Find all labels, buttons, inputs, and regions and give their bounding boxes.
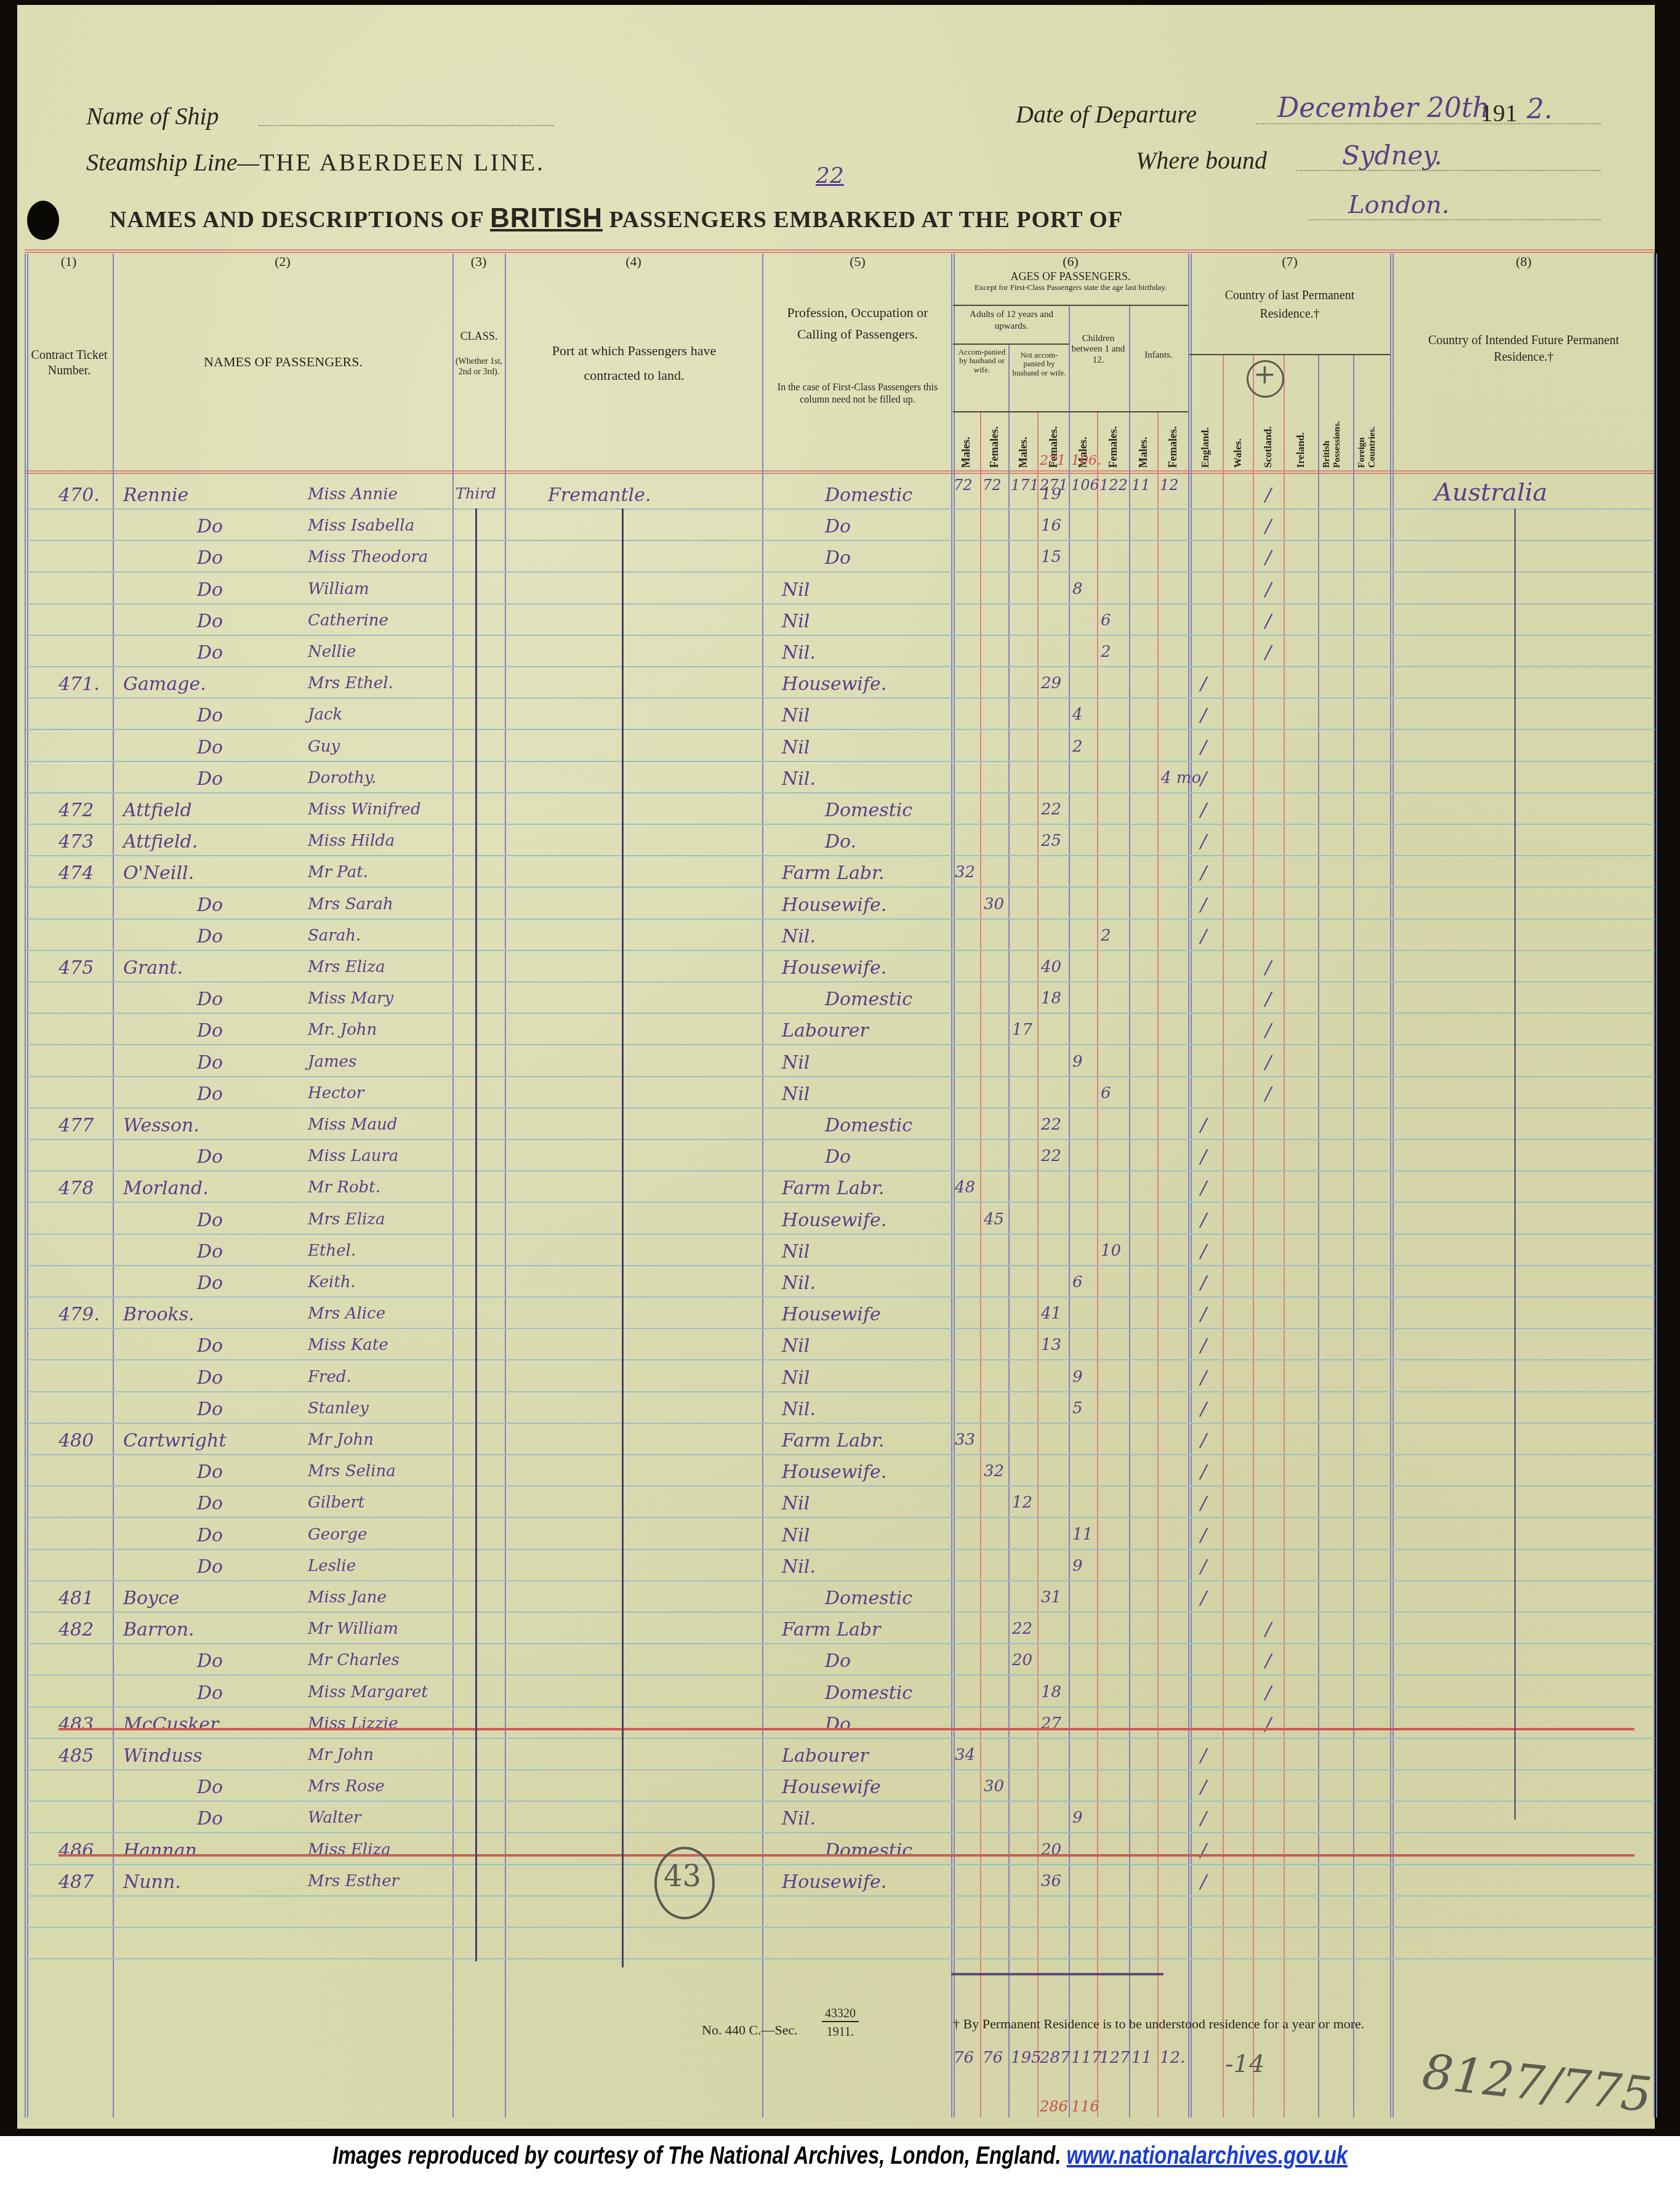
col7-header: Country of last Permanent Residence.† — [1200, 286, 1379, 323]
occupation: Nil. — [782, 928, 816, 946]
col3-header: CLASS. — [454, 329, 504, 343]
ticket-number: 473 — [58, 833, 94, 851]
carried-total: 171 — [1011, 478, 1039, 492]
row-rule — [26, 666, 1655, 667]
carried-total: 106 — [1071, 478, 1099, 492]
occupation: Domestic — [825, 486, 912, 505]
given-name: Mrs Eliza — [308, 959, 385, 975]
surname: Do — [197, 1495, 223, 1513]
surname: Do — [197, 1527, 223, 1545]
col1-number: (1) — [25, 254, 113, 270]
not-accompanied-header: Not accom-panied by husband or wife. — [1011, 351, 1067, 377]
age: 32 — [984, 1463, 1004, 1479]
future-residence: Australia — [1434, 480, 1548, 505]
col7-number: (7) — [1189, 254, 1390, 270]
given-name: Mrs Eliza — [308, 1211, 385, 1227]
age: 18 — [1041, 1684, 1061, 1700]
ticket-number: 481 — [58, 1589, 94, 1608]
port-of-landing: Fremantle. — [548, 486, 651, 505]
residence-mark: / — [1265, 644, 1271, 662]
row-rule — [26, 1895, 1655, 1897]
row-rule — [26, 1423, 1655, 1424]
occupation: Nil — [782, 1054, 810, 1072]
manifest-title: NAMES AND DESCRIPTIONS OF BRITISH PASSEN… — [110, 203, 1123, 234]
age: 9 — [1072, 1369, 1083, 1385]
carried-total: 12 — [1160, 478, 1179, 492]
final-total: 195 — [1011, 2050, 1042, 2066]
column-rule — [1129, 305, 1130, 2118]
residence-mark: / — [1265, 1022, 1271, 1040]
col5-subheader: In the case of First-Class Passengers th… — [768, 382, 947, 406]
final-total: 11 — [1131, 2050, 1152, 2066]
occupation: Domestic — [825, 1589, 912, 1608]
given-name: Fred. — [308, 1369, 352, 1385]
occupation: Nil — [782, 1369, 810, 1388]
given-name: Miss Annie — [308, 486, 398, 502]
surname: Do — [197, 1684, 223, 1703]
row-rule — [26, 635, 1655, 636]
occupation: Domestic — [825, 1684, 912, 1703]
row-rule — [26, 1927, 1655, 1928]
ship-name-field — [259, 125, 554, 126]
residence-header: England. — [1199, 394, 1212, 468]
surname: Do — [197, 644, 223, 662]
page-count: 43 — [664, 1859, 701, 1894]
occupation: Nil. — [782, 1810, 816, 1828]
age: 11 — [1072, 1527, 1093, 1543]
given-name: Miss Isabella — [308, 518, 414, 534]
row-rule — [26, 1643, 1655, 1644]
surname: Cartwright — [123, 1432, 226, 1450]
class-ditto-line — [475, 508, 477, 1961]
surname: Rennie — [123, 486, 188, 505]
surname: Do — [197, 1054, 223, 1072]
final-total-red: 116 — [1071, 2099, 1099, 2114]
occupation: Nil — [782, 1243, 810, 1261]
departure-year-printed: 191 — [1481, 98, 1517, 127]
given-name: Keith. — [308, 1274, 356, 1290]
age: 16 — [1041, 518, 1061, 534]
occupation: Farm Labr. — [782, 1432, 885, 1450]
occupation: Do — [825, 518, 851, 536]
carried-total: 122 — [1099, 478, 1128, 492]
given-name: Miss Mary — [308, 990, 393, 1006]
surname: Do — [197, 1369, 223, 1388]
ticket-number: 485 — [58, 1747, 94, 1765]
surname: Do — [197, 1778, 223, 1797]
occupation: Nil — [782, 1527, 810, 1545]
row-rule — [26, 1612, 1655, 1613]
row-rule — [26, 603, 1655, 604]
row-rule — [26, 886, 1655, 888]
final-total: 287 — [1040, 2050, 1071, 2066]
row-rule — [26, 1832, 1655, 1833]
residence-mark: / — [1200, 675, 1207, 694]
surname: Do — [197, 612, 223, 631]
age: 25 — [1041, 833, 1061, 849]
surname: Do — [197, 1243, 223, 1261]
col6-subheader: Except for First-Class Passengers state … — [960, 283, 1181, 292]
given-name: William — [308, 581, 369, 597]
age: 12 — [1012, 1495, 1032, 1511]
residence-mark: / — [1200, 896, 1207, 915]
port-ditto-line — [622, 508, 624, 1967]
col4-number: (4) — [505, 254, 762, 270]
final-total: 76 — [983, 2050, 1003, 2066]
row-rule — [26, 1202, 1655, 1203]
age: 2 — [1072, 739, 1083, 755]
row-rule — [26, 1139, 1655, 1140]
surname: Do — [197, 1337, 223, 1356]
carried-total-red: 106. — [1071, 454, 1101, 468]
col2-number: (2) — [113, 254, 452, 270]
row-rule — [26, 950, 1655, 951]
strike-through — [58, 1728, 1634, 1730]
col8-header: Country of Intended Future Permanent Res… — [1416, 332, 1631, 366]
final-total: 117 — [1071, 2050, 1102, 2066]
given-name: Dorothy. — [308, 770, 376, 786]
final-total: 76 — [954, 2050, 974, 2066]
column-rule — [1223, 354, 1224, 2118]
age: 22 — [1041, 1148, 1061, 1164]
residence-mark: / — [1265, 1085, 1271, 1104]
surname: Do — [197, 1652, 223, 1671]
surname: Grant. — [123, 959, 183, 978]
surname: Brooks. — [123, 1306, 195, 1324]
given-name: Hector — [308, 1085, 364, 1101]
age-sex-header: Females. — [1167, 417, 1180, 468]
ticket-number: 470. — [58, 486, 100, 505]
residence-mark: / — [1200, 1589, 1207, 1608]
age: 6 — [1101, 1085, 1111, 1101]
row-rule — [26, 1706, 1655, 1708]
col5-number: (5) — [762, 254, 953, 270]
ticket-number: 471. — [58, 675, 100, 694]
ages-total-rule — [951, 1973, 1164, 1975]
surname: Gamage. — [123, 675, 206, 694]
occupation: Domestic — [825, 1117, 912, 1135]
given-name: Mr Pat. — [308, 864, 368, 880]
surname: Morland. — [123, 1179, 209, 1198]
occupation: Domestic — [825, 801, 912, 820]
surname: Do — [197, 549, 223, 568]
row-rule — [26, 1076, 1655, 1077]
class: Third — [456, 486, 496, 501]
surname: O'Neill. — [123, 864, 194, 883]
age: 6 — [1072, 1274, 1083, 1290]
given-name: Sarah. — [308, 928, 361, 944]
header-top-rule — [25, 249, 1655, 253]
surname: Do — [197, 1148, 223, 1167]
row-rule — [26, 981, 1655, 982]
given-name: James — [308, 1054, 356, 1070]
residence-mark: / — [1200, 833, 1207, 851]
given-name: Mrs Sarah — [308, 896, 393, 912]
residence-mark: / — [1265, 959, 1271, 978]
occupation: Domestic — [825, 1842, 912, 1860]
surname: Do — [197, 1558, 223, 1576]
residence-mark: / — [1200, 770, 1207, 789]
row-rule — [26, 1580, 1655, 1581]
residence-mark: / — [1200, 1117, 1207, 1135]
residence-mark: / — [1200, 1810, 1207, 1828]
age: 48 — [955, 1179, 975, 1195]
column-rule — [113, 254, 114, 2118]
ticket-number: 475 — [58, 959, 94, 978]
row-rule — [26, 855, 1655, 856]
archives-link[interactable]: www.nationalarchives.gov.uk — [1067, 2142, 1348, 2169]
residence-mark: / — [1200, 1337, 1207, 1356]
row-rule — [26, 1769, 1655, 1770]
col3-number: (3) — [452, 254, 505, 270]
surname: Do — [197, 928, 223, 946]
given-name: Walter — [308, 1810, 361, 1826]
row-rule — [26, 1958, 1655, 1959]
ages-sex-rule — [953, 411, 1188, 412]
residence-mark: / — [1200, 1463, 1207, 1482]
residence-mark: / — [1200, 1495, 1207, 1513]
column-rule — [1284, 354, 1285, 2118]
residence-mark: / — [1265, 549, 1271, 568]
row-rule — [26, 571, 1655, 572]
occupation: Nil — [782, 707, 810, 725]
row-rule — [26, 1265, 1655, 1266]
age: 6 — [1101, 612, 1111, 629]
column-rule — [1390, 254, 1394, 2118]
surname: Do — [197, 1400, 223, 1419]
age-sex-header: Males. — [1017, 417, 1030, 468]
age: 22 — [1041, 801, 1061, 817]
age: 31 — [1041, 1589, 1061, 1605]
age: 34 — [955, 1747, 975, 1763]
given-name: Mrs Selina — [308, 1463, 396, 1479]
minus-mark: -14 — [1225, 2050, 1264, 2078]
residence-mark: / — [1265, 486, 1271, 505]
surname: Do — [197, 896, 223, 915]
column-rule — [762, 254, 763, 2118]
adults-header: Adults of 12 years and upwards. — [954, 309, 1069, 332]
departure-value: December 20th — [1277, 92, 1490, 124]
age: 20 — [1012, 1652, 1032, 1668]
column-rule — [1353, 354, 1354, 2118]
ticket-number: 474 — [58, 864, 94, 883]
given-name: Mrs Alice — [308, 1306, 385, 1322]
ticket-number: 480 — [58, 1432, 94, 1450]
row-rule — [26, 1107, 1655, 1109]
age: 40 — [1041, 959, 1061, 975]
surname: Attfield. — [123, 833, 198, 851]
carried-total-red: 271 — [1040, 454, 1066, 468]
occupation: Housewife — [782, 1306, 881, 1324]
surname: Do — [197, 770, 223, 789]
credit-line: Images reproduced by courtesy of The Nat… — [151, 2142, 1529, 2170]
circled-mark-symbol: + — [1253, 359, 1276, 390]
given-name: Mrs Rose — [308, 1778, 385, 1794]
occupation: Nil. — [782, 1274, 816, 1293]
age: 2 — [1101, 928, 1111, 944]
surname: Nunn. — [123, 1873, 181, 1892]
column-rule — [1253, 354, 1254, 2118]
occupation: Nil — [782, 1085, 810, 1104]
occupation: Do — [825, 1652, 851, 1671]
given-name: Miss Margaret — [308, 1684, 428, 1700]
given-name: George — [308, 1527, 367, 1543]
surname: Do — [197, 707, 223, 725]
age-sex-header: Females. — [988, 417, 1001, 468]
row-rule — [26, 1044, 1655, 1045]
col5-header: Profession, Occupation or Calling of Pas… — [768, 302, 947, 345]
occupation: Domestic — [825, 990, 912, 1009]
age: 19 — [1041, 486, 1061, 502]
where-bound-value: Sydney. — [1342, 140, 1442, 171]
col6-number: (6) — [953, 254, 1188, 270]
surname: Do — [197, 1274, 223, 1293]
row-rule — [26, 1234, 1655, 1235]
age: 5 — [1072, 1400, 1083, 1416]
residence-header: Scotland. — [1262, 394, 1274, 468]
carried-total: 72 — [983, 478, 1002, 492]
occupation: Labourer — [782, 1022, 869, 1040]
row-rule — [26, 1801, 1655, 1802]
residence-header: British Possessions. — [1322, 394, 1346, 468]
given-name: Miss Winifred — [308, 801, 421, 817]
given-name: Miss Kate — [308, 1337, 388, 1353]
row-rule — [26, 761, 1655, 762]
age: 2 — [1101, 644, 1111, 660]
given-name: Mrs Esther — [308, 1873, 399, 1889]
given-name: Miss Theodora — [308, 549, 428, 565]
occupation: Do — [825, 549, 851, 568]
occupation: Nil — [782, 612, 810, 631]
residence-mark: / — [1200, 1432, 1207, 1450]
given-name: Mr Robt. — [308, 1179, 380, 1195]
given-name: Miss Hilda — [308, 833, 395, 849]
occupation: Do — [825, 1716, 851, 1734]
age: 45 — [984, 1211, 1004, 1227]
row-rule — [26, 1170, 1655, 1171]
occupation: Housewife. — [782, 675, 886, 694]
row-rule — [26, 540, 1655, 541]
adults-subheader-rule — [953, 343, 1069, 345]
row-rule — [26, 1454, 1655, 1455]
residence-mark: / — [1200, 928, 1207, 946]
surname: Do — [197, 581, 223, 600]
ticket-number: 487 — [58, 1873, 94, 1892]
surname: Do — [197, 739, 223, 757]
residence-mark: / — [1200, 1400, 1207, 1419]
final-total: 127 — [1099, 2050, 1130, 2066]
col4-header: Port at which Passengers have contracted… — [542, 339, 726, 387]
surname: Barron. — [123, 1621, 195, 1639]
residence-mark: / — [1265, 581, 1271, 600]
row-rule — [26, 729, 1655, 730]
age: 10 — [1101, 1243, 1121, 1259]
ticket-number: 479. — [58, 1306, 100, 1324]
residence-mark: / — [1200, 739, 1207, 757]
header-bottom-rule — [25, 470, 1655, 474]
age-sex-header: Males. — [960, 417, 973, 468]
age: 29 — [1041, 675, 1061, 691]
residence-header: Foreign Countries. — [1357, 394, 1381, 468]
surname: Do — [197, 990, 223, 1009]
occupation: Housewife. — [782, 959, 886, 978]
row-rule — [26, 1864, 1655, 1865]
age: 30 — [984, 896, 1004, 912]
row-rule — [26, 1359, 1655, 1360]
ticket-number: 478 — [58, 1179, 94, 1198]
row-rule — [26, 824, 1655, 825]
row-rule — [26, 792, 1655, 793]
occupation: Housewife. — [782, 1211, 886, 1230]
given-name: Stanley — [308, 1400, 369, 1416]
surname: Wesson. — [123, 1117, 199, 1135]
surname: Hannan. — [123, 1842, 203, 1860]
age: 8 — [1072, 581, 1083, 597]
age: 9 — [1072, 1054, 1083, 1070]
row-rule — [26, 697, 1655, 699]
given-name: Mrs Ethel. — [308, 675, 393, 691]
occupation: Farm Labr. — [782, 1179, 885, 1198]
given-name: Jack — [308, 707, 342, 723]
occupation: Labourer — [782, 1747, 869, 1765]
row-rule — [26, 1391, 1655, 1392]
occupation: Nil. — [782, 1400, 816, 1419]
residence-mark: / — [1200, 864, 1207, 883]
age: 33 — [955, 1432, 975, 1448]
residence-mark: / — [1200, 1148, 1207, 1167]
residence-mark: / — [1200, 1179, 1207, 1198]
row-rule — [26, 1738, 1655, 1739]
where-bound-label: Where bound — [1136, 146, 1267, 175]
surname: Do — [197, 1211, 223, 1230]
carried-total: 72 — [954, 478, 973, 492]
ticket-number: 482 — [58, 1621, 94, 1639]
page-mark: 22 — [816, 163, 844, 188]
surname: Winduss — [123, 1747, 203, 1765]
port-field — [1308, 219, 1601, 220]
form-number-top: 43320 — [822, 2007, 859, 2022]
surname: Attfield — [123, 801, 192, 820]
given-name: Mr John — [308, 1747, 374, 1763]
column-rule — [1318, 354, 1319, 2118]
given-name: Nellie — [308, 644, 356, 660]
surname: Do — [197, 1085, 223, 1104]
children-header: Children between 1 and 12. — [1069, 334, 1128, 366]
surname: Do — [197, 1463, 223, 1482]
occupation: Housewife. — [782, 896, 886, 915]
residence-mark: / — [1200, 707, 1207, 725]
carried-total: 11 — [1131, 478, 1151, 492]
occupation: Nil. — [782, 644, 816, 662]
residence-mark: / — [1265, 1684, 1271, 1703]
age: 9 — [1072, 1810, 1083, 1826]
residence-header: Ireland. — [1295, 394, 1307, 468]
col3-subheader: (Whether 1st, 2nd or 3rd). — [454, 357, 504, 378]
residence-mark: / — [1200, 1873, 1207, 1892]
given-name: Mr John — [308, 1432, 374, 1448]
age: 32 — [955, 864, 975, 880]
given-name: Miss Jane — [308, 1589, 387, 1605]
ticket-number: 477 — [58, 1117, 94, 1135]
given-name: Mr William — [308, 1621, 398, 1637]
residence-mark: / — [1200, 1747, 1207, 1765]
age: 15 — [1041, 549, 1061, 565]
residence-mark: / — [1200, 1558, 1207, 1576]
age: 30 — [984, 1778, 1004, 1794]
residence-footnote: † By Permanent Residence is to be unders… — [953, 2016, 1364, 2032]
title-emphasis: BRITISH — [490, 203, 603, 233]
col2-header: NAMES OF PASSENGERS. — [203, 348, 363, 376]
